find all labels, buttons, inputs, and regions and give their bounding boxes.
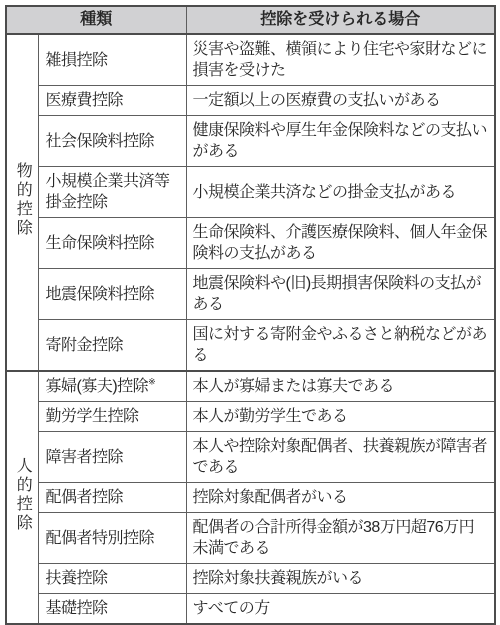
deduction-name: 配偶者特別控除 bbox=[46, 530, 155, 547]
deduction-name-cell: 社会保険料控除 bbox=[38, 116, 186, 167]
group-label: 物的控除 bbox=[14, 162, 30, 238]
deduction-name-cell: 小規模企業共済等掛金控除 bbox=[38, 167, 186, 218]
group-label-cell: 人的控除 bbox=[6, 371, 38, 624]
deduction-table: 種類 控除を受けられる場合 物的控除雑損控除 災害や盗難、横領により住宅や家財な… bbox=[5, 5, 496, 625]
table-row: 寄附金控除 国に対する寄附金やふるさと納税などがある bbox=[6, 320, 495, 372]
deduction-name-cell: 基礎控除 bbox=[38, 594, 186, 625]
deduction-case-cell: 一定額以上の医療費の支払いがある bbox=[186, 86, 495, 116]
deduction-case: 控除対象配偶者がいる bbox=[193, 489, 348, 506]
deduction-name: 生命保険料控除 bbox=[46, 235, 155, 252]
table-row: 配偶者控除 控除対象配偶者がいる bbox=[6, 483, 495, 513]
deduction-case-cell: 本人や控除対象配偶者、扶養親族が障害者である bbox=[186, 432, 495, 483]
deduction-case-cell: 控除対象扶養親族がいる bbox=[186, 564, 495, 594]
deduction-case: 災害や盗難、横領により住宅や家財などに損害を受けた bbox=[193, 41, 488, 79]
deduction-name: 勤労学生控除 bbox=[46, 408, 139, 425]
deduction-case-cell: 本人が勤労学生である bbox=[186, 402, 495, 432]
deduction-name-cell: 寄附金控除 bbox=[38, 320, 186, 372]
deduction-case: 国に対する寄附金やふるさと納税などがある bbox=[193, 326, 488, 364]
deduction-case-cell: すべての方 bbox=[186, 594, 495, 625]
deduction-name: 扶養控除 bbox=[46, 570, 108, 587]
group-label: 人的控除 bbox=[14, 457, 30, 533]
deduction-case: すべての方 bbox=[193, 600, 270, 617]
deduction-case: 控除対象扶養親族がいる bbox=[193, 570, 364, 587]
deduction-name-cell: 雑損控除 bbox=[38, 34, 186, 86]
table-body: 物的控除雑損控除 災害や盗難、横領により住宅や家財などに損害を受けた 医療費控除… bbox=[6, 34, 495, 624]
deduction-name-cell: 勤労学生控除 bbox=[38, 402, 186, 432]
table-row: 社会保険料控除 健康保険料や厚生年金保険料などの支払いがある bbox=[6, 116, 495, 167]
table-row: 基礎控除 すべての方 bbox=[6, 594, 495, 625]
header-type: 種類 bbox=[6, 6, 186, 34]
table-row: 小規模企業共済等掛金控除 小規模企業共済などの掛金支払がある bbox=[6, 167, 495, 218]
deduction-case: 一定額以上の医療費の支払いがある bbox=[193, 92, 441, 109]
deduction-name-cell: 配偶者控除 bbox=[38, 483, 186, 513]
deduction-case: 本人が勤労学生である bbox=[193, 408, 348, 425]
table-row: 医療費控除 一定額以上の医療費の支払いがある bbox=[6, 86, 495, 116]
deduction-case: 健康保険料や厚生年金保険料などの支払いがある bbox=[193, 122, 488, 160]
deduction-case: 配偶者の合計所得金額が38万円超76万円未満である bbox=[193, 519, 475, 557]
deduction-case-cell: 控除対象配偶者がいる bbox=[186, 483, 495, 513]
deduction-name: 寄附金控除 bbox=[46, 337, 124, 354]
deduction-case-cell: 小規模企業共済などの掛金支払がある bbox=[186, 167, 495, 218]
deduction-name-cell: 寡婦(寡夫)控除※ bbox=[38, 371, 186, 402]
deduction-case: 本人や控除対象配偶者、扶養親族が障害者である bbox=[193, 438, 488, 476]
table-row: 生命保険料控除 生命保険料、介護医療保険料、個人年金保険料の支払がある bbox=[6, 218, 495, 269]
deduction-name: 障害者控除 bbox=[46, 449, 124, 466]
table-row: 地震保険料控除 地震保険料や(旧)長期損害保険料の支払がある bbox=[6, 269, 495, 320]
header-row: 種類 控除を受けられる場合 bbox=[6, 6, 495, 34]
deduction-name: 雑損控除 bbox=[46, 52, 108, 69]
deduction-case: 地震保険料や(旧)長期損害保険料の支払がある bbox=[193, 275, 482, 313]
group-label-cell: 物的控除 bbox=[6, 34, 38, 371]
deduction-name: 医療費控除 bbox=[46, 92, 124, 109]
deduction-name: 寡婦(寡夫)控除 bbox=[46, 378, 149, 395]
deduction-name: 基礎控除 bbox=[46, 600, 108, 617]
table-row: 障害者控除 本人や控除対象配偶者、扶養親族が障害者である bbox=[6, 432, 495, 483]
deduction-case-cell: 生命保険料、介護医療保険料、個人年金保険料の支払がある bbox=[186, 218, 495, 269]
deduction-name: 社会保険料控除 bbox=[46, 133, 155, 150]
deduction-case: 生命保険料、介護医療保険料、個人年金保険料の支払がある bbox=[193, 224, 488, 262]
deduction-case-cell: 健康保険料や厚生年金保険料などの支払いがある bbox=[186, 116, 495, 167]
deduction-name: 小規模企業共済等掛金控除 bbox=[46, 173, 170, 211]
deduction-name: 地震保険料控除 bbox=[46, 286, 155, 303]
deduction-name-cell: 障害者控除 bbox=[38, 432, 186, 483]
table-header: 種類 控除を受けられる場合 bbox=[6, 6, 495, 34]
table-row: 人的控除寡婦(寡夫)控除※ 本人が寡婦または寡夫である bbox=[6, 371, 495, 402]
deduction-name-cell: 医療費控除 bbox=[38, 86, 186, 116]
table-row: 物的控除雑損控除 災害や盗難、横領により住宅や家財などに損害を受けた bbox=[6, 34, 495, 86]
deduction-case-cell: 配偶者の合計所得金額が38万円超76万円未満である bbox=[186, 513, 495, 564]
deduction-name: 配偶者控除 bbox=[46, 489, 124, 506]
deduction-note-mark: ※ bbox=[148, 377, 156, 387]
deduction-case: 本人が寡婦または寡夫である bbox=[193, 378, 395, 395]
table-row: 扶養控除 控除対象扶養親族がいる bbox=[6, 564, 495, 594]
table-row: 配偶者特別控除 配偶者の合計所得金額が38万円超76万円未満である bbox=[6, 513, 495, 564]
deduction-case-cell: 国に対する寄附金やふるさと納税などがある bbox=[186, 320, 495, 372]
deduction-case-cell: 本人が寡婦または寡夫である bbox=[186, 371, 495, 402]
deduction-case: 小規模企業共済などの掛金支払がある bbox=[193, 184, 457, 201]
deduction-case-cell: 災害や盗難、横領により住宅や家財などに損害を受けた bbox=[186, 34, 495, 86]
table-row: 勤労学生控除 本人が勤労学生である bbox=[6, 402, 495, 432]
deduction-name-cell: 地震保険料控除 bbox=[38, 269, 186, 320]
deduction-case-cell: 地震保険料や(旧)長期損害保険料の支払がある bbox=[186, 269, 495, 320]
deduction-name-cell: 配偶者特別控除 bbox=[38, 513, 186, 564]
header-case: 控除を受けられる場合 bbox=[186, 6, 495, 34]
deduction-name-cell: 生命保険料控除 bbox=[38, 218, 186, 269]
page: 種類 控除を受けられる場合 物的控除雑損控除 災害や盗難、横領により住宅や家財な… bbox=[0, 0, 500, 617]
deduction-name-cell: 扶養控除 bbox=[38, 564, 186, 594]
